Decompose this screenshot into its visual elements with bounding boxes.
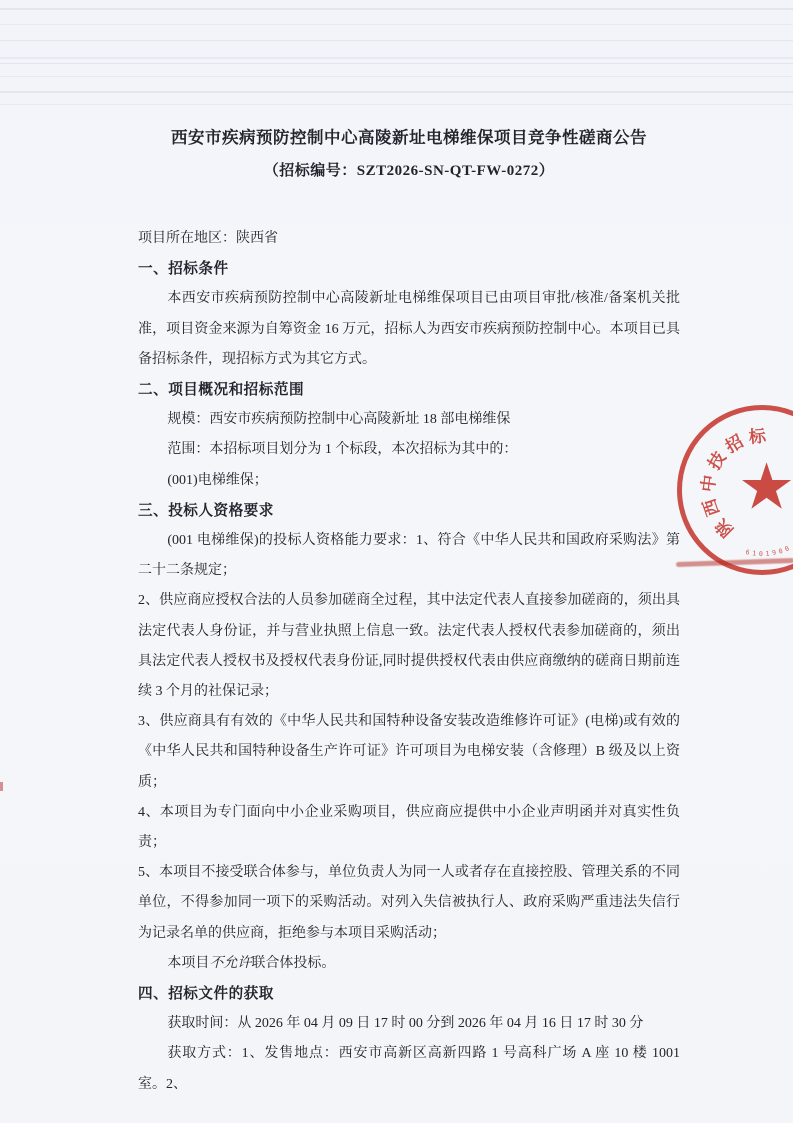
text-segment: 获取方式：1、发售地点：西安市高新区高新四路 1 号高科广场 A 座 10 楼 … (138, 1046, 680, 1091)
text-segment: 3、供应商具有有效的《中华人民共和国特种设备安装改造维修许可证》(电梯)或有效的… (138, 714, 680, 789)
text-segment: 4、本项目为专门面向中小企业采购项目，供应商应提供中小企业声明函并对真实性负责； (138, 805, 680, 850)
paragraph: 2、供应商应授权合法的人员参加磋商全过程，其中法定代表人直接参加磋商的，须出具法… (138, 586, 680, 707)
text-segment: 本西安市疾病预防控制中心高陵新址电梯维保项目已由项目审批/核准/备案机关批准，项… (138, 291, 680, 366)
paragraph: 本项目不允许联合体投标。 (138, 949, 680, 979)
text-segment: (001)电梯维保； (167, 473, 267, 488)
paragraph: 4、本项目为专门面向中小企业采购项目，供应商应提供中小企业声明函并对真实性负责； (138, 798, 680, 858)
text-segment: (001 电梯维保)的投标人资格能力要求：1、符合《中华人民共和国政府采购法》第… (138, 533, 680, 578)
text-segment: 不允许 (209, 956, 251, 971)
paragraph: (001 电梯维保)的投标人资格能力要求：1、符合《中华人民共和国政府采购法》第… (138, 526, 680, 586)
text-segment: 5、本项目不接受联合体参与，单位负责人为同一人或者存在直接控股、管理关系的不同单… (138, 865, 680, 940)
paragraph: 5、本项目不接受联合体参与，单位负责人为同一人或者存在直接控股、管理关系的不同单… (138, 858, 680, 949)
section-heading: 一、招标条件 (138, 254, 680, 284)
text-segment: 本项目 (167, 956, 209, 971)
paragraph: 范围：本招标项目划分为 1 个标段，本次招标为其中的： (138, 435, 680, 465)
project-location-line: 项目所在地区：陕西省 (138, 224, 680, 254)
text-segment: 范围：本招标项目划分为 1 个标段，本次招标为其中的： (167, 442, 517, 457)
document-sections: 一、招标条件本西安市疾病预防控制中心高陵新址电梯维保项目已由项目审批/核准/备案… (138, 254, 680, 1100)
paragraph: 获取方式：1、发售地点：西安市高新区高新四路 1 号高科广场 A 座 10 楼 … (138, 1039, 680, 1099)
paragraph: (001)电梯维保； (138, 466, 680, 496)
paragraph: 获取时间：从 2026 年 04 月 09 日 17 时 00 分到 2026 … (138, 1009, 680, 1039)
tender-number: （招标编号：SZT2026-SN-QT-FW-0272） (138, 161, 680, 181)
scan-edge-mark (0, 782, 3, 791)
document-content: 西安市疾病预防控制中心高陵新址电梯维保项目竞争性磋商公告 （招标编号：SZT20… (0, 0, 793, 1100)
document-title: 西安市疾病预防控制中心高陵新址电梯维保项目竞争性磋商公告 (138, 0, 680, 149)
section-heading: 二、项目概况和招标范围 (138, 375, 680, 405)
text-segment: 获取时间：从 2026 年 04 月 09 日 17 时 00 分到 2026 … (167, 1016, 643, 1031)
paragraph: 本西安市疾病预防控制中心高陵新址电梯维保项目已由项目审批/核准/备案机关批准，项… (138, 284, 680, 375)
text-segment: 规模：西安市疾病预防控制中心高陵新址 18 部电梯维保 (167, 412, 510, 427)
document-page: 西安市疾病预防控制中心高陵新址电梯维保项目竞争性磋商公告 （招标编号：SZT20… (0, 0, 793, 1123)
text-segment: 2、供应商应授权合法的人员参加磋商全过程，其中法定代表人直接参加磋商的，须出具法… (138, 593, 680, 699)
paragraph: 规模：西安市疾病预防控制中心高陵新址 18 部电梯维保 (138, 405, 680, 435)
section-heading: 四、招标文件的获取 (138, 979, 680, 1009)
paragraph: 3、供应商具有有效的《中华人民共和国特种设备安装改造维修许可证》(电梯)或有效的… (138, 707, 680, 798)
text-segment: 联合体投标。 (251, 956, 335, 971)
section-heading: 三、投标人资格要求 (138, 496, 680, 526)
